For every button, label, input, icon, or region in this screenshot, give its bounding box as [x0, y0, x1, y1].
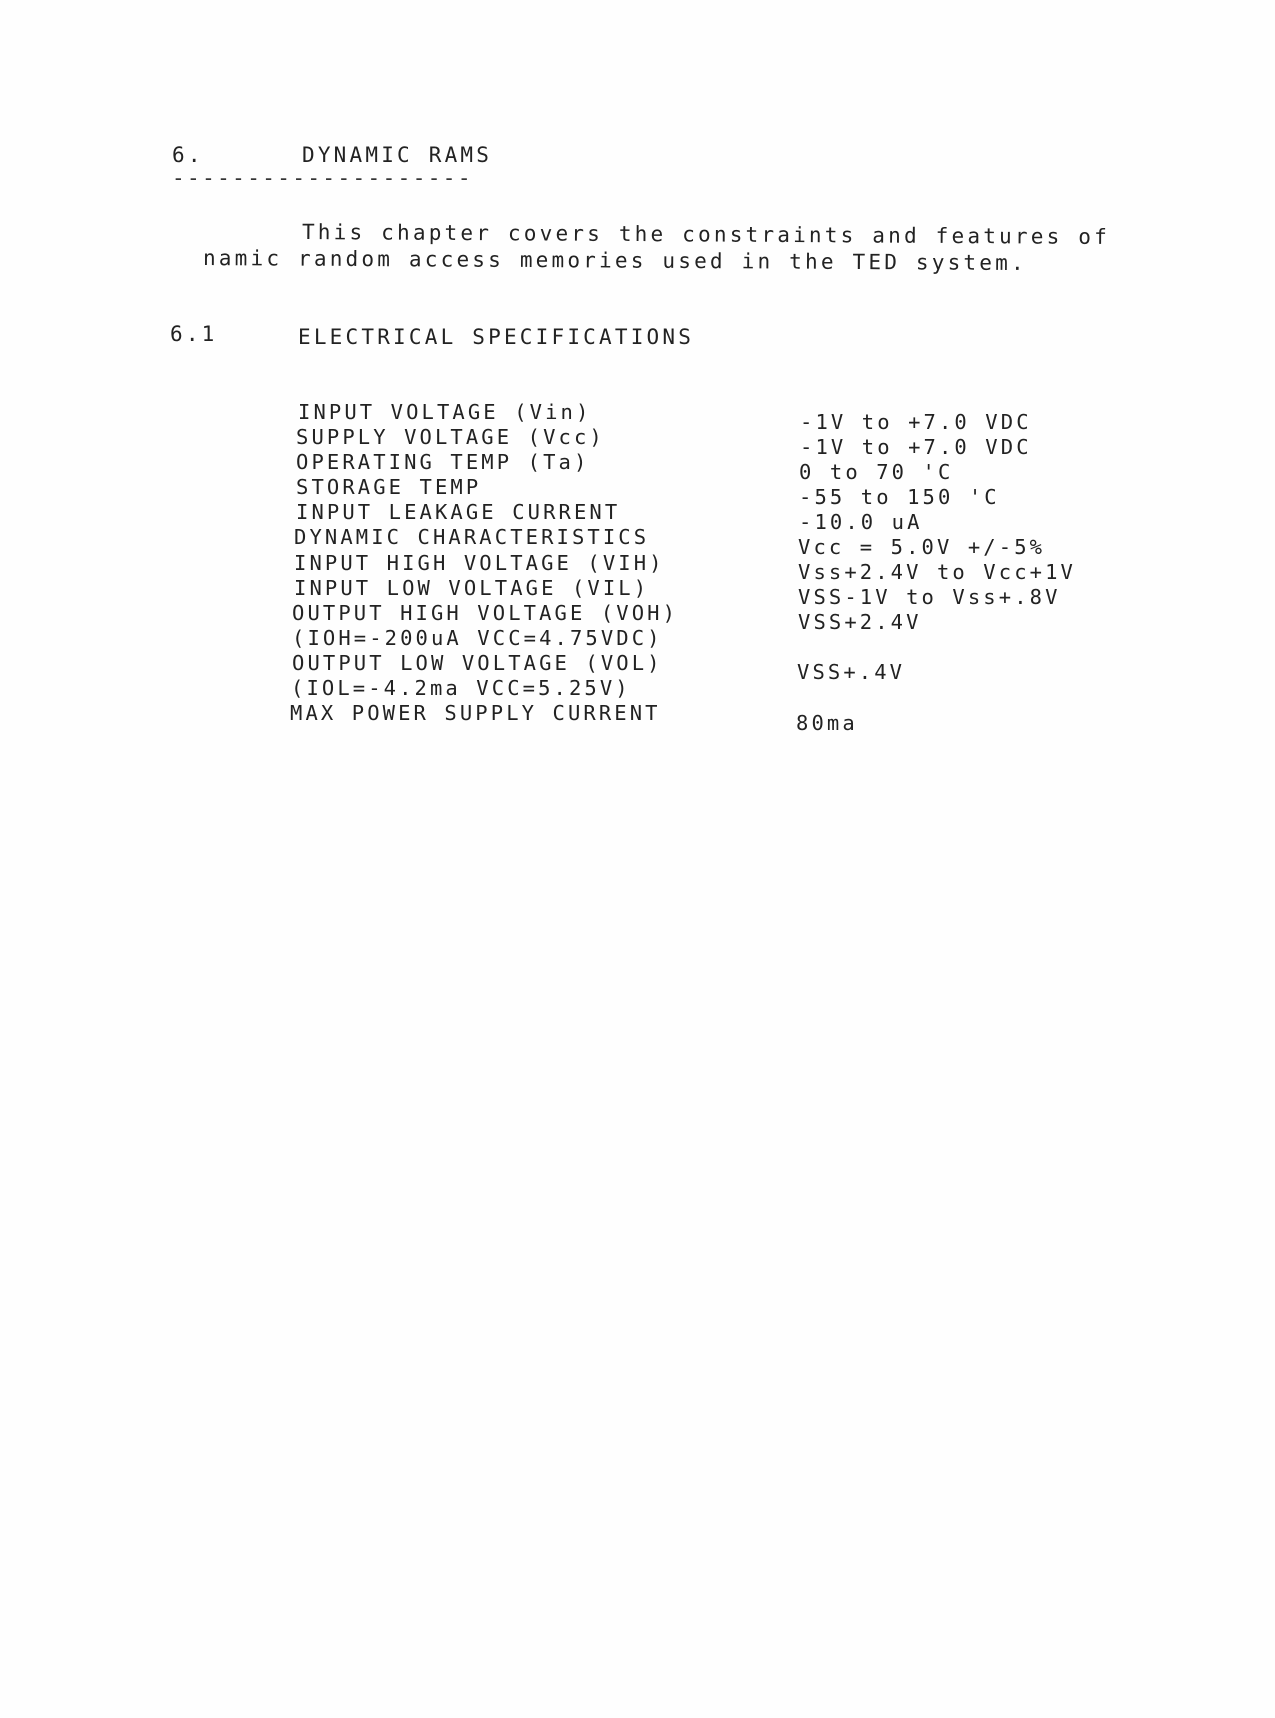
spec-value: VSS+2.4V [798, 610, 922, 634]
spec-label: INPUT HIGH VOLTAGE (VIH) [294, 551, 665, 575]
spec-label: OPERATING TEMP (Ta) [296, 450, 589, 474]
spec-label: SUPPLY VOLTAGE (Vcc) [296, 425, 605, 449]
document-page: 6. DYNAMIC RAMS -------------------- Thi… [0, 0, 1275, 1718]
spec-value: -1V to +7.0 VDC [800, 435, 1032, 459]
section-title: ELECTRICAL SPECIFICATIONS [298, 325, 694, 349]
spec-value: Vcc = 5.0V +/-5% [798, 535, 1045, 559]
spec-value: -55 to 150 'C [799, 485, 1000, 509]
section-number: 6.1 [170, 322, 218, 346]
spec-value: VSS-1V to Vss+.8V [798, 585, 1061, 609]
spec-value: Vss+2.4V to Vcc+1V [798, 560, 1076, 584]
spec-label: (IOH=-200uA VCC=4.75VDC) [292, 626, 663, 650]
spec-label: STORAGE TEMP [296, 475, 481, 499]
spec-label: OUTPUT HIGH VOLTAGE (VOH) [292, 601, 678, 625]
spec-value: 0 to 70 'C [799, 460, 953, 484]
spec-label: INPUT LOW VOLTAGE (VIL) [294, 576, 649, 600]
intro-paragraph-line-2: namic random access memories used in the… [203, 246, 1027, 275]
chapter-number: 6. [172, 143, 204, 167]
spec-label: INPUT VOLTAGE (Vin) [298, 400, 591, 424]
spec-label: (IOL=-4.2ma VCC=5.25V) [291, 676, 631, 700]
spec-value: 80ma [796, 711, 858, 735]
chapter-title: DYNAMIC RAMS [302, 143, 492, 167]
spec-value: -1V to +7.0 VDC [800, 410, 1032, 434]
spec-label: MAX POWER SUPPLY CURRENT [290, 701, 661, 725]
intro-paragraph-line-1: This chapter covers the constraints and … [302, 220, 1110, 249]
chapter-underline: -------------------- [172, 166, 473, 190]
spec-value: -10.0 uA [799, 510, 923, 534]
spec-value: VSS+.4V [797, 660, 905, 684]
spec-label: DYNAMIC CHARACTERISTICS [294, 525, 649, 549]
spec-label: OUTPUT LOW VOLTAGE (VOL) [292, 651, 663, 675]
spec-label: INPUT LEAKAGE CURRENT [296, 500, 620, 524]
